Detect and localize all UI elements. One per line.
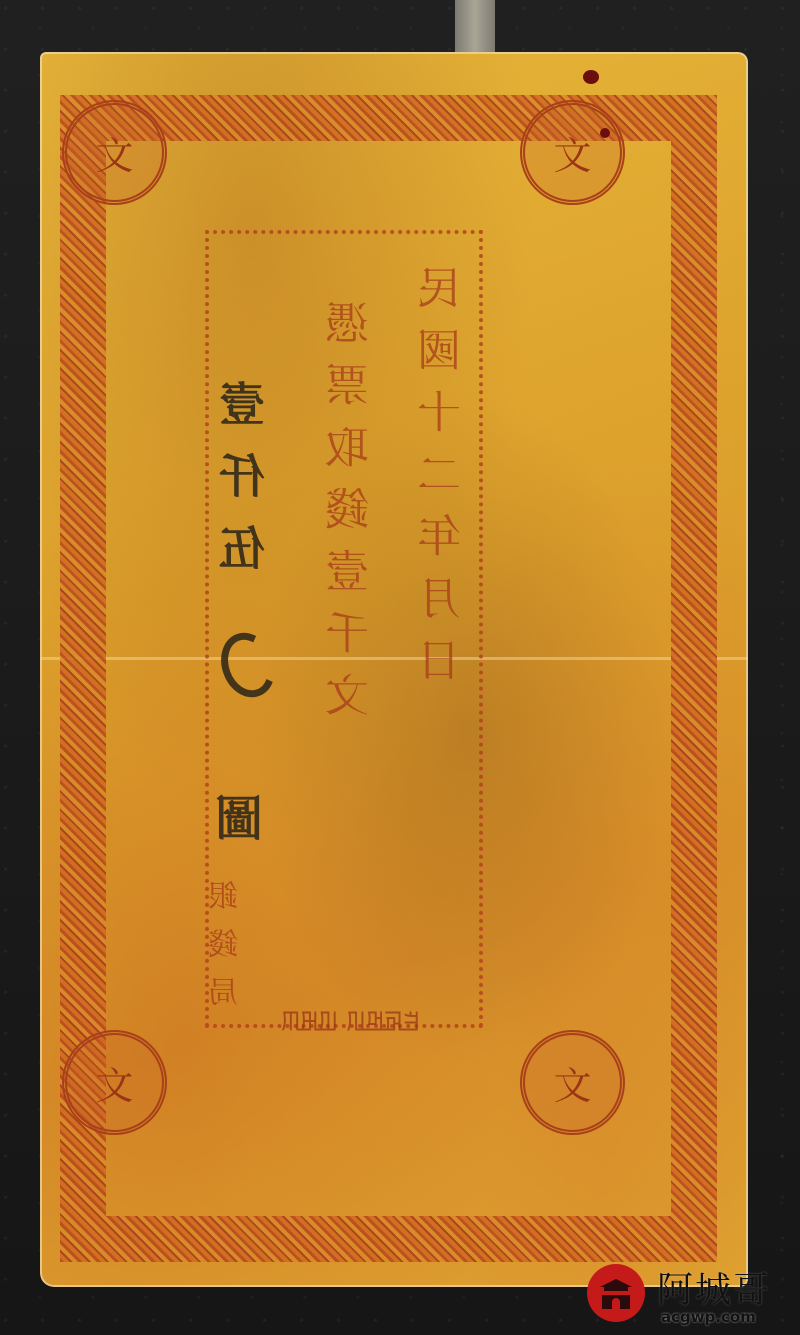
corner-medallion-top-right: 文	[520, 100, 625, 205]
text-column-date: 民國十二年月日	[412, 265, 476, 699]
watermark-url: acgwp.com	[661, 1308, 756, 1326]
text-column-issuer: 銀錢局	[205, 880, 249, 1024]
text-column-denomination: 憑票取錢壹千文	[320, 300, 384, 734]
watermark-chinese: 阿城哥	[657, 1262, 771, 1313]
ink-stain	[583, 70, 599, 84]
ink-stain	[600, 128, 610, 138]
gate-tower-logo-icon	[587, 1264, 645, 1322]
black-seal-stamp: 圖	[215, 780, 263, 849]
paper-clip	[455, 0, 495, 55]
site-watermark: 阿城哥 acgwp.com	[585, 1262, 795, 1332]
corner-medallion-bottom-left: 文	[62, 1030, 167, 1135]
corner-medallion-top-left: 文	[62, 100, 167, 205]
bottom-border-script: ꡀꡁꡂꡃ ꡄꡅꡆ	[150, 1005, 550, 1041]
corner-medallion-bottom-right: 文	[520, 1030, 625, 1135]
black-ink-stamp: 壹仟伍	[212, 380, 278, 596]
